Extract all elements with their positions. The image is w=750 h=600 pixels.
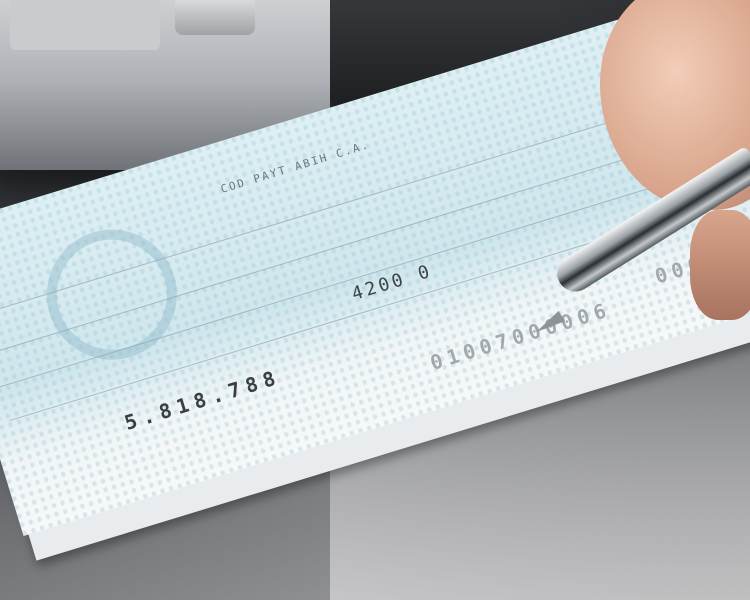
micr-line: 01007000006 bbox=[427, 297, 613, 375]
device-screen bbox=[10, 0, 160, 50]
device-button bbox=[175, 0, 255, 35]
cheque-header-codes: COD PAYT ABIH C.A. bbox=[219, 138, 371, 196]
hand-palm bbox=[690, 210, 750, 320]
account-number: 5.818.788 bbox=[122, 364, 284, 434]
